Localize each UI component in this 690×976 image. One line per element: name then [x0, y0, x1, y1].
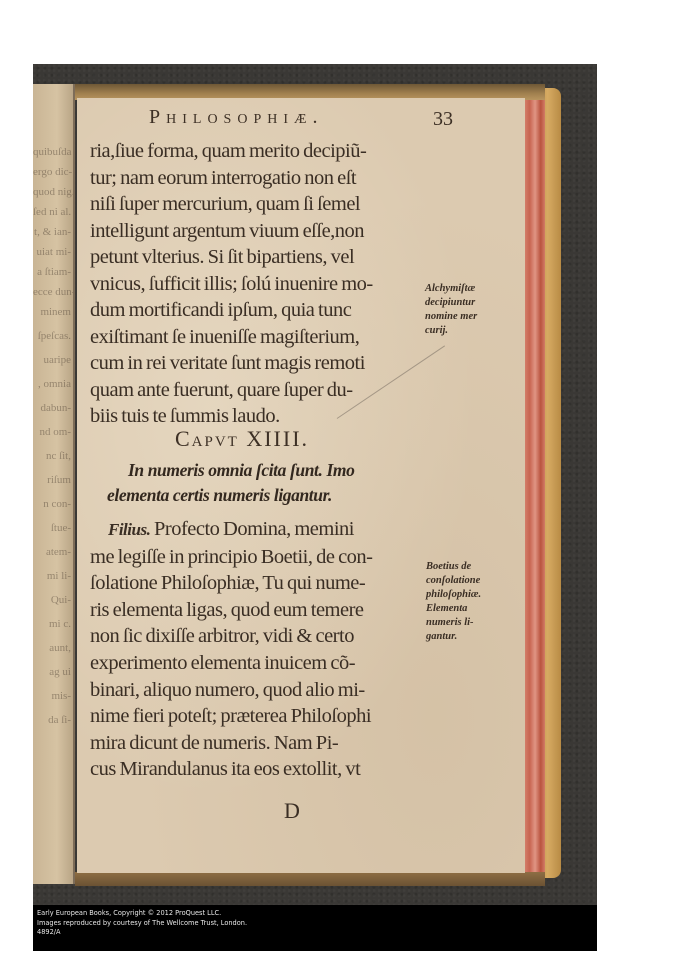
caption-shelfmark: 4892/A	[37, 928, 247, 938]
text-line: experimento elementa inuicem cõ-	[90, 650, 430, 677]
copyright-caption: Early European Books, Copyright © 2012 P…	[37, 909, 247, 938]
text-line: cum in rei veritate ſunt magis remoti	[90, 350, 420, 377]
marginal-line: conſolatione	[426, 574, 481, 588]
text-line: mira dicunt de numeris. Nam Pi-	[90, 730, 430, 757]
summary-line: In numeris omnia ſcita ſunt. Imo	[107, 458, 437, 483]
left-page-fragment: quod nig.	[33, 182, 73, 202]
left-page-fragment: ecce dun-	[33, 282, 73, 302]
left-page-fragment: , omnia	[33, 374, 73, 394]
speaker-label: Filius.	[108, 520, 150, 539]
chapter-heading: Capvt XIIII.	[175, 426, 309, 452]
left-page-fragment: a ſtiam-	[33, 262, 73, 282]
red-page-edge	[523, 92, 545, 874]
left-page-fragment: quibuſda	[33, 142, 73, 162]
text-line: ris elementa ligas, quod eum temere	[90, 597, 430, 624]
page-number: 33	[433, 108, 453, 131]
text-line: cus Mirandulanus ita eos extollit, vt	[90, 756, 430, 783]
text-line: exiſtimant ſe inueniſſe magiſterium,	[90, 324, 420, 351]
left-page-fragment: atem-	[33, 542, 73, 562]
left-page-fragment: nd om-	[33, 422, 73, 442]
bottom-binding-edge	[75, 872, 545, 886]
text-line: nime fieri poteſt; præterea Philoſophi	[90, 703, 430, 730]
copyright-caption-band: Early European Books, Copyright © 2012 P…	[33, 905, 597, 951]
left-page-fragment: dabun-	[33, 398, 73, 418]
right-page: Philosophiæ. 33 ria,ſiue forma, quam mer…	[77, 98, 525, 873]
book-scan: quibuſda ergo dic- quod nig. ſed ni al. …	[33, 64, 597, 905]
running-head: Philosophiæ. 33	[149, 106, 449, 130]
left-page-fragment: da ſi-	[33, 710, 73, 730]
text-line: binari, aliquo numero, quod alio mi-	[90, 677, 430, 704]
text-line: ria,ſiue forma, quam merito decipiũ-	[90, 138, 420, 165]
left-page-fragment: t, & ian-	[33, 222, 73, 242]
left-facing-page: quibuſda ergo dic- quod nig. ſed ni al. …	[33, 84, 75, 884]
marginal-note-alchemists: Alchymiſtæ decipiuntur nomine mer curij.	[425, 282, 477, 338]
left-page-fragment: Qui-	[33, 590, 73, 610]
text-line: quam ante fuerunt, quare ſuper du-	[90, 377, 420, 404]
text-line: petunt vlterius. Si ſit bipartiens, vel	[90, 244, 420, 271]
caption-courtesy: Images reproduced by courtesy of The Wel…	[37, 919, 247, 929]
text-line: Filius. Profecto Domina, memini	[90, 516, 430, 544]
left-page-fragment: ſed ni al.	[33, 202, 73, 222]
marginal-line: curij.	[425, 324, 477, 338]
marginal-note-boetius: Boetius de conſolatione philoſophiæ. Ele…	[426, 560, 481, 644]
left-page-fragment: riſum	[33, 470, 73, 490]
left-page-fragment: uaripe	[33, 350, 73, 370]
marginal-line: philoſophiæ.	[426, 588, 481, 602]
text-line: vnicus, ſufficit illis; ſolú inuenire mo…	[90, 271, 420, 298]
marginal-line: Elementa	[426, 602, 481, 616]
left-page-fragment: mi c.	[33, 614, 73, 634]
left-page-fragment: uiat mi-	[33, 242, 73, 262]
marginal-line: Boetius de	[426, 560, 481, 574]
marginal-line: nomine mer	[425, 310, 477, 324]
left-page-fragment: aunt,	[33, 638, 73, 658]
left-page-fragment: ag ui	[33, 662, 73, 682]
summary-line: elementa certis numeris ligantur.	[107, 483, 437, 508]
chapter-summary: In numeris omnia ſcita ſunt. Imo element…	[107, 458, 437, 508]
marginal-line: gantur.	[426, 630, 481, 644]
text-line: tur; nam eorum interrogatio non eſt	[90, 165, 420, 192]
left-page-fragment: nc ſit,	[33, 446, 73, 466]
catchword-signature: D	[284, 798, 300, 824]
marginal-line: decipiuntur	[425, 296, 477, 310]
text-line: non ſic dixiſſe arbitror, vidi & certo	[90, 623, 430, 650]
text-line: niſi ſuper mercurium, quam ſi ſemel	[90, 191, 420, 218]
running-title: Philosophiæ.	[149, 106, 323, 129]
text-line: dum mortificandi ipſum, quia tunc	[90, 297, 420, 324]
text-segment: Profecto Domina, memini	[150, 518, 354, 540]
left-page-fragment: minem	[33, 302, 73, 322]
text-line: ſolatione Philoſophiæ, Tu qui nume-	[90, 570, 430, 597]
left-page-fragment: n con-	[33, 494, 73, 514]
body-text-block-2: Filius. Profecto Domina, memini me legiſ…	[90, 516, 430, 783]
left-page-fragment: mi li-	[33, 566, 73, 586]
text-line: intelligunt argentum viuum eſſe,non	[90, 218, 420, 245]
body-text-block-1: ria,ſiue forma, quam merito decipiũ- tur…	[90, 138, 420, 430]
left-page-fragment: ſtue-	[33, 518, 73, 538]
left-page-fragment: ergo dic-	[33, 162, 73, 182]
text-line: me legiſſe in principio Boetii, de con-	[90, 544, 430, 571]
marginal-line: numeris li-	[426, 616, 481, 630]
marginal-line: Alchymiſtæ	[425, 282, 477, 296]
left-page-fragment: mis-	[33, 686, 73, 706]
left-page-fragment: ſpeſcas.	[33, 326, 73, 346]
caption-copyright: Early European Books, Copyright © 2012 P…	[37, 909, 247, 919]
